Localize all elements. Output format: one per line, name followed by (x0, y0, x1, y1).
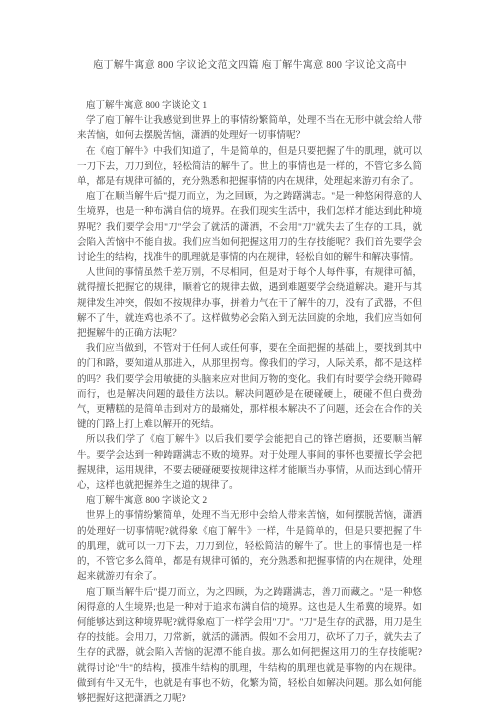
paragraph: 人世间的事情虽然千差万别，不尽相同，但是对于每个人每件事，有规律可循，就得擅长把… (77, 266, 422, 342)
section-paragraphs: 学了庖丁解牛让我感觉到世界上的事情纷繁简单，处理不当在无形中就会给人带来苦恼，如… (77, 114, 422, 494)
page-title: 庖丁解牛寓意 800 字议论文范文四篇 庖丁解牛寓意 800 字议论文高中 (0, 59, 500, 73)
paragraph: 所以我们学了《庖丁解牛》以后我们要学会能把自己的锋芒磨损，还要顺当解牛。要学会达… (77, 433, 422, 494)
paragraph: 学了庖丁解牛让我感觉到世界上的事情纷繁简单，处理不当在无形中就会给人带来苦恼，如… (77, 114, 422, 144)
paragraph: 在《庖丁解牛》中我们知道了，牛是简单的，但是只要把握了牛的肌理，就可以一刀下去，… (77, 145, 422, 191)
paragraph: 庖丁在顺当解牛后"提刀而立，为之回顾，为之踌躇满志。"是一种悠闲得意的人生境界，… (77, 190, 422, 266)
document-body: 庖丁解牛寓意 800 字谈论文 1 学了庖丁解牛让我感觉到世界上的事情纷繁简单，… (77, 99, 422, 707)
essay-section: 庖丁解牛寓意 800 字谈论文 2 世界上的事情纷繁简单，处理不当无形中会给人带… (77, 494, 422, 707)
section-heading: 庖丁解牛寓意 800 字谈论文 1 (77, 99, 422, 114)
document-page: 庖丁解牛寓意 800 字议论文范文四篇 庖丁解牛寓意 800 字议论文高中 庖丁… (0, 0, 500, 707)
section-paragraphs: 世界上的事情纷繁简单，处理不当无形中会给人带来苦恼，如何摆脱苦恼，潇洒的处理好一… (77, 509, 422, 707)
essay-section: 庖丁解牛寓意 800 字谈论文 1 学了庖丁解牛让我感觉到世界上的事情纷繁简单，… (77, 99, 422, 494)
paragraph: 庖丁顺当解牛后"提刀而立，为之四顾，为之踌躇满志，善刀而藏之。"是一种悠闲得意的… (77, 586, 422, 707)
paragraph: 我们应当做到，不管对于任何人或任何事，要在全面把握的基础上，要找到其中的门和路，… (77, 342, 422, 433)
paragraph: 世界上的事情纷繁简单，处理不当无形中会给人带来苦恼，如何摆脱苦恼，潇洒的处理好一… (77, 509, 422, 585)
section-heading: 庖丁解牛寓意 800 字谈论文 2 (77, 494, 422, 509)
